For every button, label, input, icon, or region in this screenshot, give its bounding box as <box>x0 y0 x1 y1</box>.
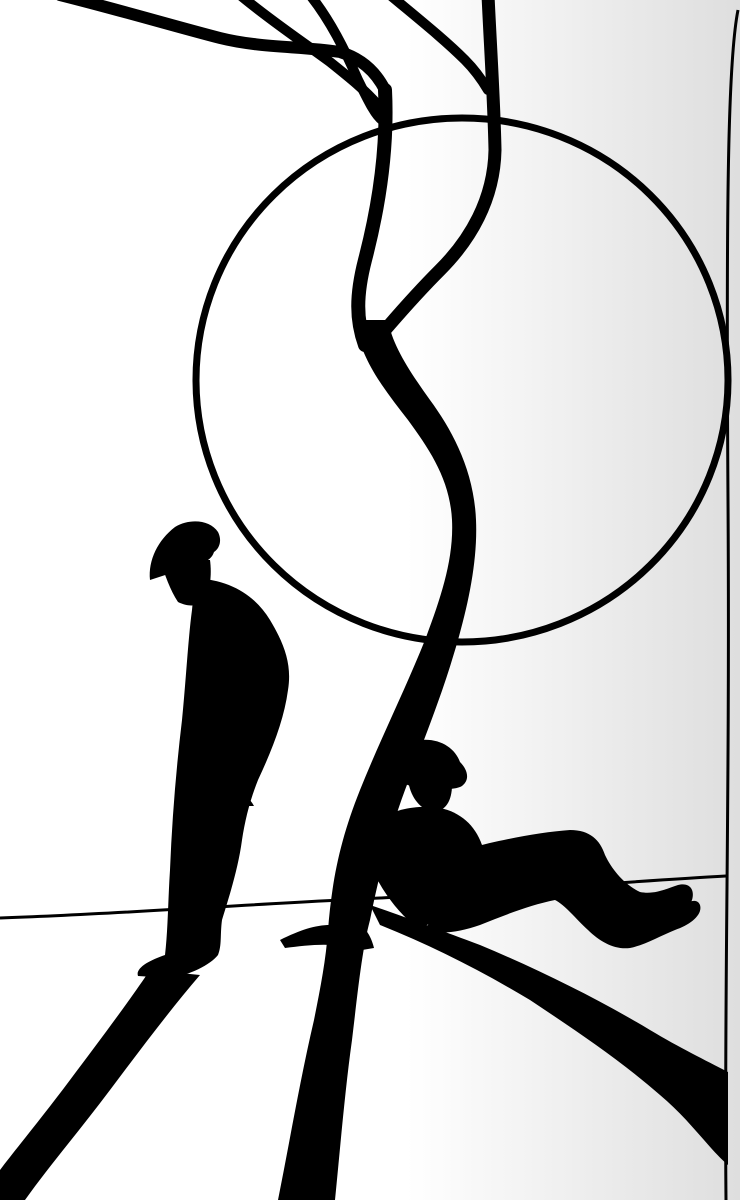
artwork-canvas <box>0 0 740 1200</box>
ink-illustration <box>0 0 740 1200</box>
